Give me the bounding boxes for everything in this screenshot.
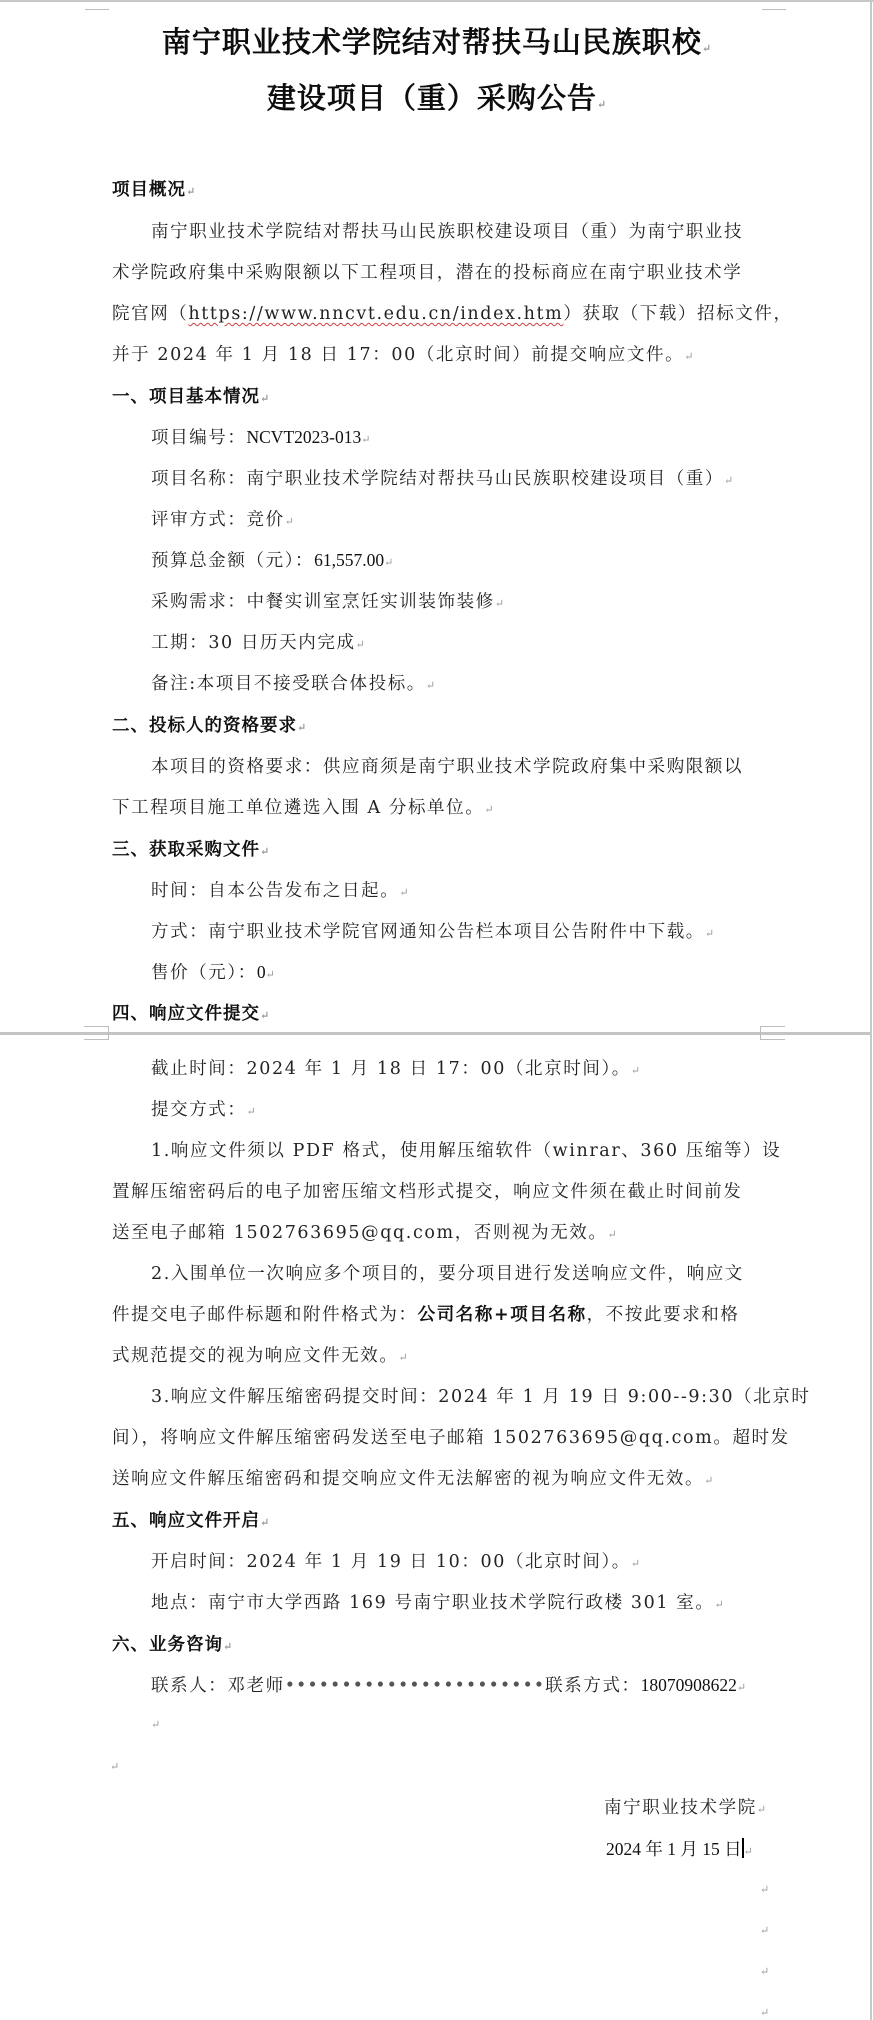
submission-method-label: 提交方式：↵ [151, 1096, 256, 1121]
signature-date: 2024 年 1 月 15 日↵ [606, 1836, 753, 1861]
section5-heading: 五、响应文件开启↵ [112, 1507, 269, 1532]
website-link[interactable]: https://www.nncvt.edu.cn/index.htm [188, 304, 563, 324]
qualification-text-line: 本项目的资格要求：供应商须是南宁职业技术学院政府集中采购限额以 [151, 753, 743, 778]
empty-paragraph: ↵ [151, 1713, 160, 1733]
acquisition-time: 时间：自本公告发布之日起。↵ [151, 877, 409, 902]
document-price: 售价（元）：0↵ [151, 959, 275, 984]
document-title-line1: 南宁职业技术学院结对帮扶马山民族职校↵ [0, 20, 873, 61]
procurement-demand: 采购需求：中餐实训室烹饪实训装饰装修↵ [151, 588, 504, 613]
signature-organization: 南宁职业技术学院↵ [604, 1794, 766, 1819]
project-name: 项目名称：南宁职业技术学院结对帮扶马山民族职校建设项目（重）↵ [151, 465, 733, 490]
overview-text-line: 并于 2024 年 1 月 18 日 17：00（北京时间）前提交响应文件。↵ [112, 341, 693, 366]
margin-corner-mark [760, 1026, 785, 1040]
margin-corner-mark [85, 0, 109, 10]
opening-time: 开启时间：2024 年 1 月 19 日 10：00（北京时间）。↵ [151, 1548, 640, 1573]
opening-place: 地点：南宁市大学西路 169 号南宁职业技术学院行政楼 301 室。↵ [151, 1589, 724, 1614]
section1-heading: 一、项目基本情况↵ [112, 383, 269, 408]
overview-text-line: 术学院政府集中采购限额以下工程项目，潜在的投标商应在南宁职业技术学 [112, 259, 742, 284]
submission-item-2: 件提交电子邮件标题和附件格式为：公司名称+项目名称，不按此要求和格 [112, 1301, 739, 1326]
submission-item-3: 间），将响应文件解压缩密码发送至电子邮箱 1502763695@qq.com。超… [112, 1424, 790, 1449]
page-top-edge [0, 0, 873, 2]
section2-heading: 二、投标人的资格要求↵ [112, 712, 306, 737]
margin-corner-mark [762, 0, 786, 10]
empty-paragraph: ↵ [760, 1960, 769, 1980]
submission-item-1: 置解压缩密码后的电子加密压缩文档形式提交，响应文件须在截止时间前发 [112, 1178, 742, 1203]
empty-paragraph: ↵ [110, 1755, 119, 1775]
remarks: 备注:本项目不接受联合体投标。↵ [151, 670, 435, 695]
budget-amount: 预算总金额（元）：61,557.00↵ [151, 547, 393, 572]
document-title-line2: 建设项目（重）采购公告↵ [0, 76, 873, 117]
qualification-text-line: 下工程项目施工单位遴选入围 A 分标单位。↵ [112, 794, 494, 819]
contact-line: 联系人：邓老师•••••••••••••••••••••••联系方式：18070… [151, 1672, 746, 1697]
empty-paragraph: ↵ [760, 1919, 769, 1939]
empty-paragraph: ↵ [760, 1878, 769, 1898]
submission-item-1: 1.响应文件须以 PDF 格式，使用解压缩软件（winrar、360 压缩等）设 [151, 1137, 781, 1162]
project-number: 项目编号：NCVT2023-013↵ [151, 424, 370, 449]
overview-text-line: 南宁职业技术学院结对帮扶马山民族职校建设项目（重）为南宁职业技 [151, 218, 743, 243]
submission-item-3: 送响应文件解压缩密码和提交响应文件无法解密的视为响应文件无效。↵ [112, 1465, 713, 1490]
overview-text-line: 院官网（https://www.nncvt.edu.cn/index.htm）获… [112, 300, 793, 325]
section6-heading: 六、业务咨询↵ [112, 1631, 232, 1656]
submission-item-1: 送至电子邮箱 1502763695@qq.com，否则视为无效。↵ [112, 1219, 617, 1244]
dot-leader: ••••••••••••••••••••••• [285, 1676, 545, 1696]
submission-item-2: 式规范提交的视为响应文件无效。↵ [112, 1342, 408, 1367]
empty-paragraph: ↵ [760, 2001, 769, 2020]
submission-deadline: 截止时间：2024 年 1 月 18 日 17：00（北京时间）。↵ [151, 1055, 640, 1080]
acquisition-method: 方式：南宁职业技术学院官网通知公告栏本项目公告附件中下载。↵ [151, 918, 714, 943]
submission-item-2: 2.入围单位一次响应多个项目的，要分项目进行发送响应文件，响应文 [151, 1260, 744, 1285]
margin-corner-mark [84, 1026, 109, 1040]
section4-heading: 四、响应文件提交↵ [112, 1000, 269, 1025]
construction-period: 工期：30 日历天内完成↵ [151, 629, 365, 654]
page-break [0, 1032, 870, 1035]
submission-item-3: 3.响应文件解压缩密码提交时间：2024 年 1 月 19 日 9:00--9:… [151, 1383, 811, 1408]
overview-heading: 项目概况↵ [112, 176, 195, 201]
page-right-edge [870, 0, 872, 2020]
review-method: 评审方式：竞价↵ [151, 506, 294, 531]
section3-heading: 三、获取采购文件↵ [112, 836, 269, 861]
